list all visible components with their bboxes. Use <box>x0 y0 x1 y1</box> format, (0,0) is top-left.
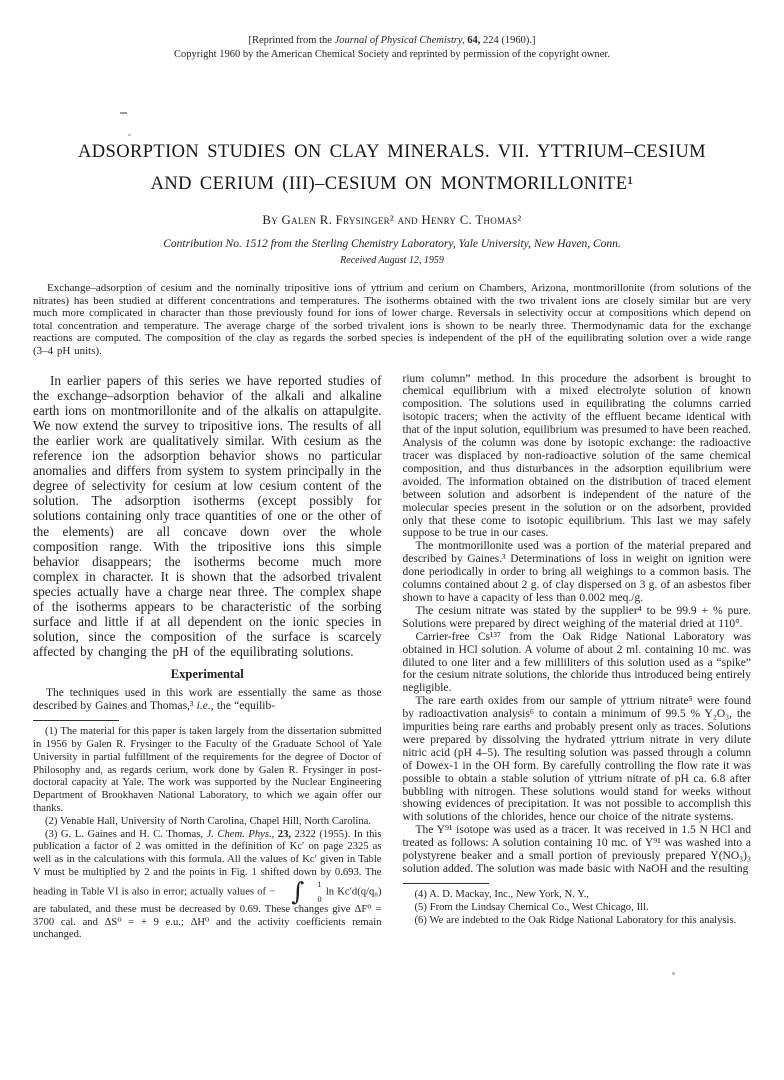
footnote-1: (1) The material for this paper is taken… <box>33 726 382 816</box>
footnote-3-pre: (3) G. L. Gaines and H. C. Thomas, <box>45 829 207 840</box>
right-column: rium column” method. In this procedure t… <box>403 373 752 943</box>
footnote-3: (3) G. L. Gaines and H. C. Thomas, J. Ch… <box>33 829 382 943</box>
volume-number: 64, <box>465 35 481 46</box>
footnote-4: (4) A. D. Mackay, Inc., New York, N. Y., <box>403 889 752 902</box>
byline: By Galen R. Frysinger² and Henry C. Thom… <box>33 213 751 228</box>
journal-page: [Reprinted from the Journal of Physical … <box>0 0 784 1080</box>
reprint-text-post: 224 (1960).] <box>480 35 535 46</box>
footnote-5: (5) From the Lindsay Chemical Co., West … <box>403 902 752 915</box>
integral-limits: 10 <box>305 880 321 904</box>
two-column-body: In earlier papers of this series we have… <box>33 373 751 943</box>
integral-upper-limit: 1 <box>305 880 321 889</box>
article-title-line1: ADSORPTION STUDIES ON CLAY MINERALS. VII… <box>33 136 751 168</box>
scan-artifact <box>128 134 131 136</box>
body-paragraph: The Y⁹¹ isotope was used as a tracer. It… <box>403 824 752 876</box>
body-paragraph: The montmorillonite used was a portion o… <box>403 540 752 605</box>
footnote-2: (2) Venable Hall, University of North Ca… <box>33 816 382 829</box>
ie-abbreviation: i.e., <box>197 700 214 712</box>
body-paragraph: The cesium nitrate was stated by the sup… <box>403 605 752 631</box>
reprint-line: [Reprinted from the Journal of Physical … <box>33 34 751 48</box>
experimental-section-heading: Experimental <box>33 667 382 682</box>
scan-artifact <box>672 972 675 975</box>
reprint-notice: [Reprinted from the Journal of Physical … <box>33 34 751 62</box>
abstract-paragraph: Exchange–adsorption of cesium and the no… <box>33 282 751 358</box>
techniques-text-post: the “equilib- <box>214 700 275 712</box>
body-paragraph: The rare earth oxides from our sample of… <box>403 695 752 824</box>
integral-sign: ∫ <box>279 882 304 902</box>
integral-lower-limit: 0 <box>305 895 321 904</box>
footnote-6: (6) We are indebted to the Oak Ridge Nat… <box>403 915 752 928</box>
received-date-line: Received August 12, 1959 <box>33 255 751 266</box>
techniques-paragraph: The techniques used in this work are ess… <box>33 687 382 713</box>
footnote-separator-rule <box>403 883 489 884</box>
contribution-line: Contribution No. 1512 from the Sterling … <box>33 238 751 250</box>
footnote-separator-rule <box>33 720 119 721</box>
introduction-paragraph: In earlier papers of this series we have… <box>33 373 382 660</box>
copyright-line: Copyright 1960 by the American Chemical … <box>33 48 751 62</box>
reprint-text-pre: [Reprinted from the <box>249 35 335 46</box>
journal-name: Journal of Physical Chemistry, <box>335 35 465 46</box>
cited-volume-number: 23, <box>274 829 291 840</box>
left-column: In earlier papers of this series we have… <box>33 373 382 943</box>
body-paragraph: Carrier-free Cs¹³⁷ from the Oak Ridge Na… <box>403 631 752 696</box>
body-paragraph: rium column” method. In this procedure t… <box>403 373 752 541</box>
scan-artifact <box>120 112 127 114</box>
article-title-line2: AND CERIUM (III)–CESIUM ON MONTMORILLONI… <box>33 168 751 200</box>
integral-expression: ∫10 <box>279 880 321 904</box>
article-title: ADSORPTION STUDIES ON CLAY MINERALS. VII… <box>33 136 751 200</box>
cited-journal-name: J. Chem. Phys., <box>207 829 275 840</box>
